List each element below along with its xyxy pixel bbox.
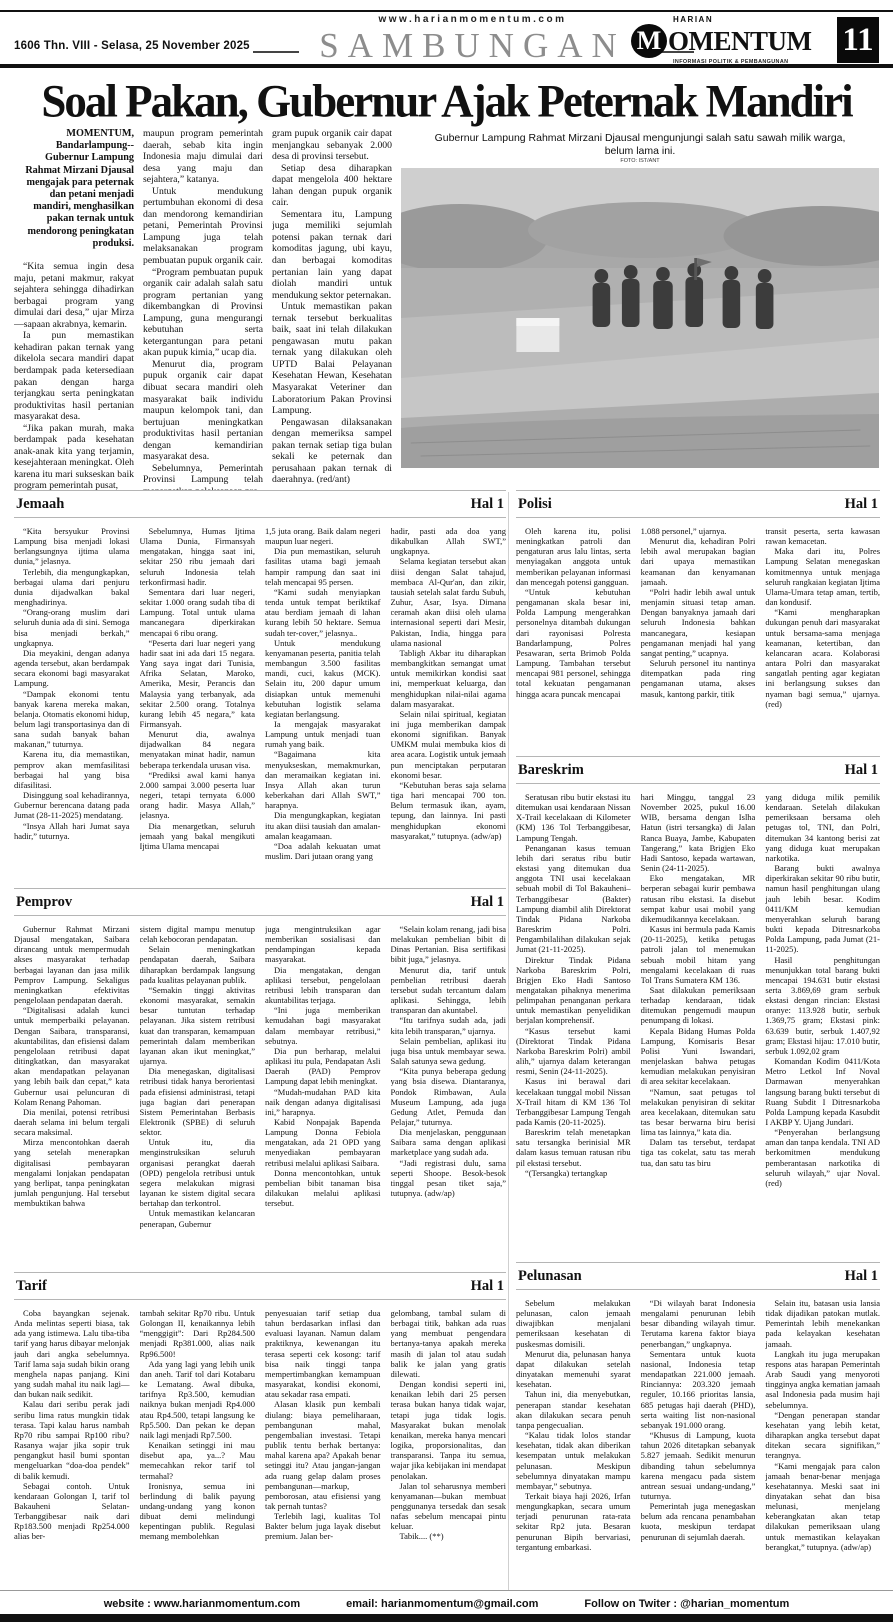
section-bareskrim: Bareskrim Hal 1 Seratusan ribu butir eks… <box>516 756 880 1259</box>
header-rule <box>0 64 893 68</box>
article-column: Selain itu, batasan usia lansia tidak di… <box>765 1298 880 1588</box>
logo-harian-text: HARIAN <box>673 15 831 24</box>
article-column: Seratusan ribu butir ekstasi itu ditemuk… <box>516 792 631 1260</box>
article-column: Gubernur Rahmat Mirzani Djausal mengatak… <box>14 924 130 1270</box>
momentum-logo: HARIAN M OMENTUM INFORMASI POLITIK & PEM… <box>631 15 831 65</box>
footer-email-link[interactable]: email: harianmomentum@gmail.com <box>346 1598 538 1610</box>
page-ref: Hal 1 <box>845 762 878 779</box>
article-column: penyesuaian tarif setiap dua tahun berda… <box>265 1308 381 1588</box>
page-ref: Hal 1 <box>471 1278 504 1295</box>
section-tarif: Tarif Hal 1 Coba bayangkan sejenak. Anda… <box>14 1272 506 1587</box>
edition-info: 1606 Thn. VIII - Selasa, 25 November 202… <box>14 40 250 52</box>
page-number: 11 <box>837 17 879 63</box>
article-column: Coba bayangkan sejenak. Anda melintas se… <box>14 1308 130 1588</box>
article-column: “Selain kolam renang, jadi bisa melakuka… <box>391 924 507 1270</box>
section-label: Tarif <box>16 1278 47 1295</box>
masthead-title: SAMBUNGAN <box>300 26 645 66</box>
lead-column-1: MOMENTUM, Bandarlampung-- Gubernur Lampu… <box>14 128 134 490</box>
photo-credit: FOTO: IST/ANT <box>401 158 879 164</box>
logo-name: OMENTUM <box>668 26 811 57</box>
article-column: tambah sekitar Rp70 ribu. Untuk Golongan… <box>140 1308 256 1588</box>
article-column: hadir, pasti ada doa yang dikabulkan All… <box>391 526 507 886</box>
lead-column-2: maupun program pemerintah daerah, sebab … <box>143 128 263 490</box>
footer-website-link[interactable]: website : www.harianmomentum.com <box>104 1598 300 1610</box>
page-ref: Hal 1 <box>845 496 878 513</box>
article-column: transit peserta, serta kawasan rawan kem… <box>765 526 880 754</box>
article-column: Oleh karena itu, polisi meningkatkan pat… <box>516 526 631 754</box>
article-column: Sebelum melakukan pelunasan, calon jemaa… <box>516 1298 631 1588</box>
bottom-rule <box>0 1614 893 1622</box>
article-column: juga mengintruksikan agar memberikan sos… <box>265 924 381 1270</box>
masthead-dash-left <box>253 51 299 53</box>
article-column: Sebelumnya, Humas Ijtima Ulama Dunia, Fi… <box>140 526 256 886</box>
section-label: Pemprov <box>16 894 72 911</box>
top-rule <box>0 10 893 12</box>
section-pelunasan: Pelunasan Hal 1 Sebelum melakukan peluna… <box>516 1262 880 1587</box>
section-label: Jemaah <box>16 496 64 513</box>
page-ref: Hal 1 <box>471 496 504 513</box>
lead-intro: MOMENTUM, Bandarlampung-- Gubernur Lampu… <box>14 128 134 250</box>
section-pemprov: Pemprov Hal 1 Gubernur Rahmat Mirzani Dj… <box>14 888 506 1269</box>
page-ref: Hal 1 <box>471 894 504 911</box>
footer: website : www.harianmomentum.com email: … <box>0 1590 893 1610</box>
article-column: sistem digital mampu menutup celah keboc… <box>140 924 256 1270</box>
section-label: Bareskrim <box>518 762 584 779</box>
section-label: Pelunasan <box>518 1268 582 1285</box>
lead-photo <box>401 168 879 468</box>
page-title: Soal Pakan, Gubernur Ajak Peternak Mandi… <box>10 76 883 126</box>
masthead: www.harianmomentum.com SAMBUNGAN <box>300 14 645 66</box>
photo-caption: Gubernur Lampung Rahmat Mirzani Djausal … <box>401 128 879 157</box>
photo-block: Gubernur Lampung Rahmat Mirzani Djausal … <box>401 128 879 490</box>
newspaper-page: 1606 Thn. VIII - Selasa, 25 November 202… <box>0 0 893 1622</box>
column-divider <box>508 492 509 1590</box>
article-column: “Di wilayah barat Indonesia mengalami pe… <box>641 1298 756 1588</box>
article-column: hari Minggu, tanggal 23 November 2025, p… <box>641 792 756 1260</box>
page-ref: Hal 1 <box>845 1268 878 1285</box>
article-column: yang diduga milik pemilik kendaraan. Set… <box>765 792 880 1260</box>
lead-article: MOMENTUM, Bandarlampung-- Gubernur Lampu… <box>14 128 879 490</box>
article-column: “Kita bersyukur Provinsi Lampung bisa me… <box>14 526 130 886</box>
lead-column-3: gram pupuk organik cair dapat menjangkau… <box>272 128 392 490</box>
section-polisi: Polisi Hal 1 Oleh karena itu, polisi men… <box>516 490 880 753</box>
footer-twitter-link[interactable]: Follow on Twiter : @harian_momentum <box>584 1598 789 1610</box>
website-url[interactable]: www.harianmomentum.com <box>300 14 645 25</box>
section-label: Polisi <box>518 496 552 513</box>
section-jemaah: Jemaah Hal 1 “Kita bersyukur Provinsi La… <box>14 490 506 885</box>
logo-m-icon: M <box>631 24 667 58</box>
article-column: gelombang, tambal sulam di berbagai titi… <box>391 1308 507 1588</box>
article-column: 1.088 personel,” ujarnya.Menurut dia, ke… <box>641 526 756 754</box>
article-column: 1,5 juta orang. Baik dalam negeri maupun… <box>265 526 381 886</box>
